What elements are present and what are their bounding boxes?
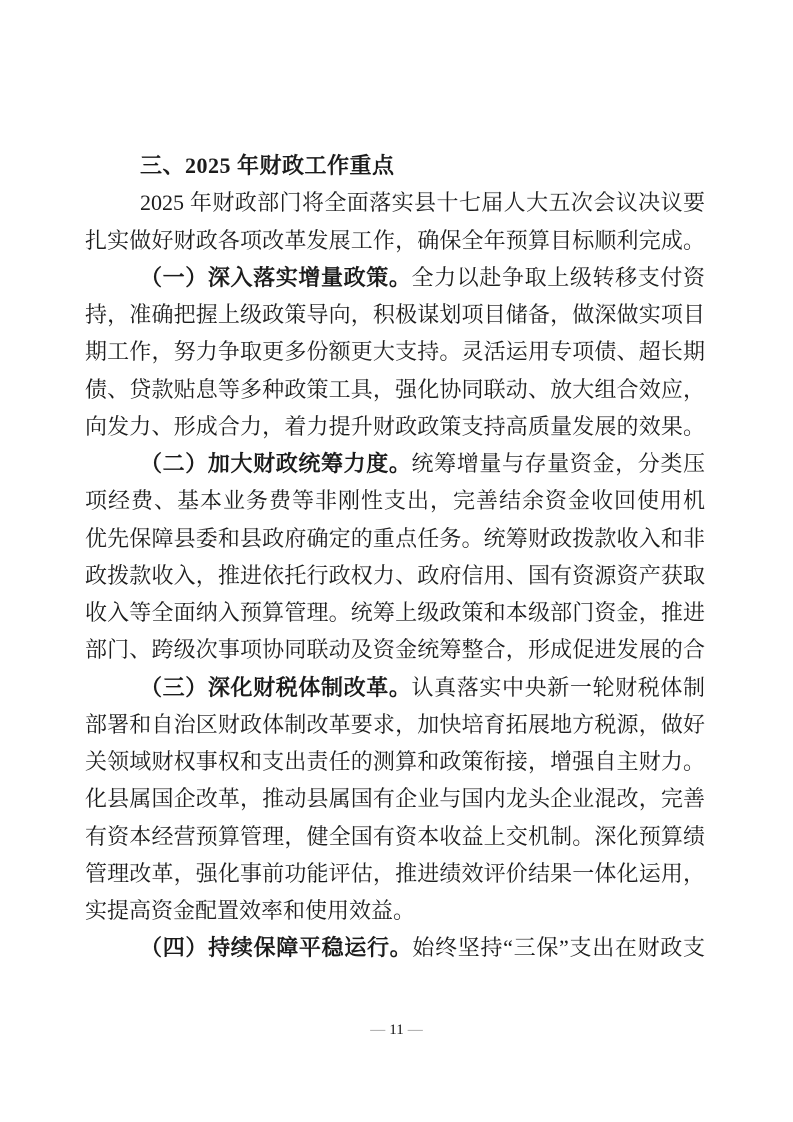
subsection-title-bold: （二）加大财政统筹力度。	[140, 451, 412, 476]
body-line: 收入等全面纳入预算管理。统筹上级政策和本级部门资金，推进跨	[85, 594, 705, 631]
body-line: （二）加大财政统筹力度。统筹增量与存量资金，分类压减专	[85, 445, 705, 482]
document-page: 三、2025 年财政工作重点 2025 年财政部门将全面落实县十七届人大五次会议…	[0, 0, 793, 1122]
body-line: 部门、跨级次事项协同联动及资金统筹整合，形成促进发展的合力。	[85, 631, 705, 668]
body-line: 实提高资金配置效率和使用效益。	[85, 892, 705, 929]
body-line: 2025 年财政部门将全面落实县十七届人大五次会议决议要求，	[85, 184, 705, 221]
body-line: 部署和自治区财政体制改革要求，加快培育拓展地方税源，做好相	[85, 706, 705, 743]
page-number: 11	[389, 1022, 403, 1038]
subsection-title-bold: （一）深入落实增量政策。	[140, 265, 412, 290]
body-line: 扎实做好财政各项改革发展工作，确保全年预算目标顺利完成。	[85, 222, 705, 259]
text-block: 三、2025 年财政工作重点 2025 年财政部门将全面落实县十七届人大五次会议…	[85, 147, 705, 967]
body-line: 债、贷款贴息等多种政策工具，强化协同联动、放大组合效应，同	[85, 371, 705, 408]
body-line: 政拨款收入，推进依托行政权力、政府信用、国有资源资产获取的	[85, 557, 705, 594]
body-line: 项经费、基本业务费等非刚性支出，完善结余资金收回使用机制，	[85, 482, 705, 519]
subsection-title-bold: （四）持续保障平稳运行。	[140, 935, 412, 960]
body-line: 化县属国企改革，推动县属国有企业与国内龙头企业混改，完善国	[85, 780, 705, 817]
subsection-title-bold: （三）深化财税体制改革。	[140, 675, 412, 700]
body-line: 优先保障县委和县政府确定的重点任务。统筹财政拨款收入和非财	[85, 520, 705, 557]
body-line: 管理改革，强化事前功能评估，推进绩效评价结果一体化运用，切	[85, 855, 705, 892]
body-line: （一）深入落实增量政策。全力以赴争取上级转移支付资金支	[85, 259, 705, 296]
body-line: （三）深化财税体制改革。认真落实中央新一轮财税体制改革	[85, 669, 705, 706]
body-line: 关领域财权事权和支出责任的测算和政策衔接，增强自主财力。深	[85, 743, 705, 780]
footer-dash-right: —	[408, 1022, 423, 1038]
section-heading: 三、2025 年财政工作重点	[85, 147, 705, 184]
body-line: 向发力、形成合力，着力提升财政政策支持高质量发展的效果。	[85, 408, 705, 445]
page-footer: —11—	[0, 1019, 793, 1041]
body-line: （四）持续保障平稳运行。始终坚持“三保”支出在财政支出中	[85, 929, 705, 966]
body-line: 有资本经营预算管理，健全国有资本收益上交机制。深化预算绩效	[85, 818, 705, 855]
body-line: 持，准确把握上级政策导向，积极谋划项目储备，做深做实项目前	[85, 296, 705, 333]
body-line: 期工作，努力争取更多份额更大支持。灵活运用专项债、超长期国	[85, 333, 705, 370]
footer-dash-left: —	[370, 1022, 385, 1038]
